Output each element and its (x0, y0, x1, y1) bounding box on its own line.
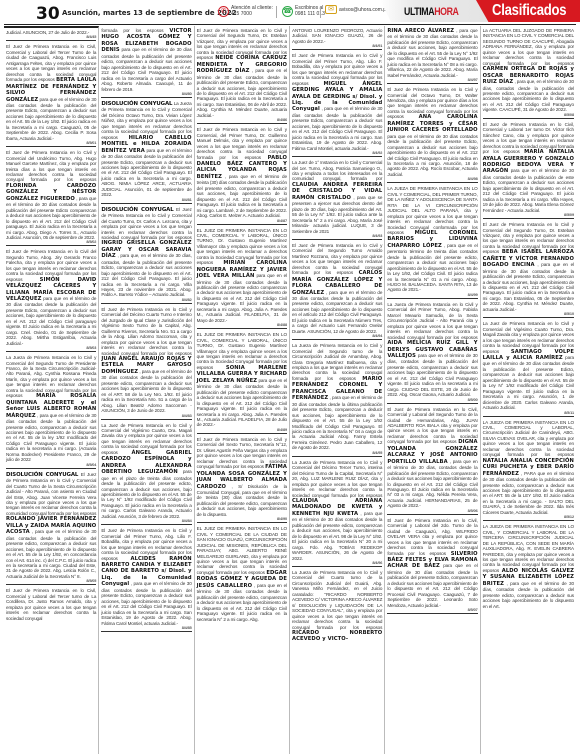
legal-notice: El Juez de Primera Instancia en lo Civil… (6, 42, 96, 147)
legal-notice: El Juez de Primera Instancia en lo Civil… (101, 526, 191, 632)
notice-body-continued: , para que en el término de 30 días cont… (197, 68, 287, 118)
notice-body-continued: , PARA que en el término de 30 días cont… (483, 471, 574, 515)
notice-code: 8/4/94 (292, 334, 382, 338)
notice-code: 8/5/02 (6, 240, 96, 244)
legal-notice: El Juez de Primera Instancia en lo Civil… (6, 247, 96, 352)
notice-code: 8/4/87 (197, 219, 287, 223)
email-contact: ✉ avisos@uhora.com.py (325, 5, 389, 14)
legal-notice: El Juez de Primera Instancia en lo Civil… (387, 516, 477, 614)
legal-notice: El Juez de Primera Instancia en lo Civil… (6, 586, 96, 622)
notice-body-continued: , para que en el término de 30 días, con… (387, 459, 477, 509)
notice-body-continued: , para que en el término de 30 días cont… (292, 106, 382, 150)
notice-body-continued: , para que en el término de 30 días cont… (6, 196, 96, 240)
legal-notice: La Juez de Primera Instancia en lo Civil… (101, 421, 191, 526)
notice-body: LA JUEZA DE PRIMERA INSTANCIA EN LO CIVI… (483, 420, 574, 458)
notice-body: La ACTUARIA DEL JUZGADO DE PRIMERA INSTA… (483, 28, 574, 66)
legal-notice: Judicial. ASUNCION, 27 de Julio de 2022.… (6, 28, 96, 41)
notice-body: El Juez de Primera Instancia en lo Civil… (6, 472, 96, 516)
notice-body: LA JUEZA DE PRIMERA INSTANCIA EN LO CIVI… (483, 524, 574, 573)
notice-body-continued: para que en el término de 30 días contad… (387, 563, 477, 607)
notice-body-continued: , para que en el perentorio término de t… (387, 243, 477, 293)
legal-notice: DISOLUCIÓN CONYUGAL El Juez de Primera I… (6, 470, 96, 586)
notice-code: 8/5/03 (6, 346, 96, 350)
notice-code: 8/5/12 (483, 515, 574, 519)
legal-notice: LA JUEZA DE PRIMERA INSTANCIA EN LO CIVI… (483, 418, 574, 522)
legal-notice: El Juez de Primera Instancia en lo Civil… (197, 435, 287, 523)
publication-date: Asunción, martes 13 de septiembre de 202… (62, 9, 237, 17)
notice-body: formada por los esposos (101, 28, 163, 33)
legal-notice: EL JUEZ DE PRIMERA INSTANCIA EN LO CIVIL… (197, 524, 287, 623)
divider (320, 6, 321, 18)
notice-code: 8/4/90 (197, 517, 287, 521)
notice-code: 8/5/08 (483, 113, 574, 117)
notice-body-continued: , para que en el término de 30 días cont… (387, 28, 477, 78)
legal-notice: El Juez de Primera Instancia en lo Civil… (483, 120, 574, 219)
notice-body-continued: para que en el término de 30 días contad… (197, 378, 287, 428)
notice-body: La Jueza de Primera Instancia en lo Civi… (6, 355, 96, 398)
notice-body: El Juez de Primera Instancia en lo Civil… (101, 307, 191, 356)
notice-body-continued: para que en el plazo de treinta días con… (101, 469, 191, 519)
notice-code: 8/5/10 (483, 312, 574, 316)
notice-code: 8/4/86 (197, 118, 287, 122)
legal-notice: La Jueza de Primera Instancia en lo Civi… (387, 300, 477, 404)
notice-code: 8/4/45 (6, 35, 96, 39)
notice-heading: DISOLUCIÓN CONYUGAL (6, 472, 78, 478)
notice-body-continued: para que en el término de 30 días contad… (387, 134, 477, 177)
notice-body-continued: para que en el término de 30 días contad… (6, 97, 96, 141)
notice-body-continued: para que en el término de 30 días contad… (483, 168, 574, 212)
whatsapp-contact: ☎ Escribinos al 0981 111 013 (282, 5, 325, 17)
notice-body-continued: para que en el término de 30 días contad… (197, 273, 287, 323)
notice-code: 8/5/07 (387, 608, 477, 612)
notice-code: 8/5/01 (6, 141, 96, 145)
legal-notice: LA JUEZA DE PRIMERA INSTANCIA EN LO CIVI… (387, 184, 477, 299)
notice-body-continued: para que en el término de 30 días contad… (101, 148, 191, 198)
notice-body: LA JUEZA DE PRIMERA INSTANCIA EN LO CIVI… (387, 186, 477, 235)
notice-code: 8/5/05 (6, 579, 96, 583)
envelope-icon: ✉ (325, 5, 337, 14)
notice-code: 8/4/91 (292, 44, 382, 48)
notice-body: La Jueza de Primera Instancia en lo Civi… (387, 302, 477, 340)
notice-code: 8/4/89 (197, 428, 287, 432)
brand-band: ULTIMAHORA Clasificados (380, 0, 580, 22)
notice-code: 8/4/81 (101, 198, 191, 202)
legal-notice: La Juez de 1° Instancia en lo Civil y Co… (292, 158, 382, 240)
phone-number: 415 7000 (231, 11, 252, 17)
legal-notice: La Jueza de Primera Instancia en lo Civi… (292, 568, 382, 644)
notice-heading: DISOLUCIÓN CONYUGAL (101, 101, 172, 107)
notice-body: EL JUEZ DE PRIMERA INSTANCIA EN LO CIVIL… (197, 526, 287, 575)
whatsapp-icon: ☎ (282, 6, 293, 17)
legal-notice: El Juez de Primera Instancia en lo Civil… (292, 241, 382, 340)
legal-notice: RINA ARECO ÁLVAREZ , para que en el térm… (387, 26, 477, 84)
notice-body-continued: para que en el término de 30 días contad… (483, 355, 574, 410)
column-1: Judicial. ASUNCION, 27 de Julio de 2022.… (4, 26, 99, 754)
page-number: 30 (36, 4, 60, 24)
notice-body-continued: para que en el término de 30 días contad… (101, 47, 191, 91)
legal-notice: El Juez de Primera Instancia en lo Civil… (6, 148, 96, 246)
notice-code: 8/4/95 (292, 451, 382, 455)
notice-body: ANTONIO LOURENZO PEDROZO, Actuario Judic… (292, 28, 382, 44)
notice-body-continued: , para que en el término de 30 días cont… (483, 262, 574, 312)
notice-code: 8/4/84 (101, 519, 191, 523)
legal-notice: DISOLUCIÓN CONYUGAL La Jueza de Primera … (101, 99, 191, 204)
notice-code: 8/4/96 (292, 561, 382, 565)
notice-code: 8/4/99 (387, 293, 477, 297)
legal-notice: El Juez de Primera Instancia en lo Civil… (101, 305, 191, 420)
notice-body-continued: , para que, en el término de 30 días, co… (101, 253, 191, 297)
newspaper-logo: ULTIMAHORA (404, 6, 459, 18)
column-6: La ACTUARIA DEL JUZGADO DE PRIMERA INSTA… (481, 26, 576, 754)
legal-notice: El Juez de Primera Instancia en lo Civil… (197, 26, 287, 124)
legal-notice: El Juez de Primera Instancia en lo Civil… (292, 51, 382, 157)
notice-code: 8/5/11 (483, 411, 574, 415)
notice-code: 8/4/88 (197, 323, 287, 327)
divider (276, 6, 277, 18)
legal-notice: DISOLUCIÓN CONYUGAL El Juez de Primera I… (101, 205, 191, 304)
notice-heading: DISOLUCIÓN CONYUGAL (101, 207, 173, 213)
notice-body-continued: , para que en el término de 30 días cont… (292, 511, 382, 561)
phone-icon: ✆ (218, 6, 229, 17)
notice-code: 8/5/00 (387, 398, 477, 402)
page-header: 30 Asunción, martes 13 de septiembre de … (0, 0, 580, 22)
notice-body-continued: , para que en el término de 30 días cont… (292, 395, 382, 450)
legal-notice: La Juez de Primera Instancia en lo Civil… (483, 319, 574, 416)
column-4: ANTONIO LOURENZO PEDROZO, Actuario Judic… (290, 26, 385, 754)
spouse-names: RICARDO NORBERTO ACEVEDO y VICTO- (292, 630, 382, 642)
notice-body-continued: , para que en el término de 30 días cont… (197, 583, 287, 622)
notice-code: 8/4/83 (101, 414, 191, 418)
notice-code: 8/4/98 (387, 177, 477, 181)
notice-code: 8/5/04 (6, 463, 96, 467)
notice-code: 8/5/09 (483, 213, 574, 217)
notice-code: 8/4/97 (387, 78, 477, 82)
legal-notice: La ACTUARIA DEL JUZGADO DE PRIMERA INSTA… (483, 26, 574, 119)
legal-notice: La Jueza de Primera Instancia en lo Civi… (292, 341, 382, 457)
notice-body: Judicial. ASUNCION, 27 de Julio de 2022.… (6, 30, 89, 35)
spouse-names: RINA ARECO ÁLVAREZ (387, 28, 454, 34)
notice-body-continued: , para que en el término de 30 días cont… (101, 369, 191, 413)
notice-body: La Jueza de Primera Instancia en lo Civi… (292, 460, 382, 498)
legal-notice: formada por los esposos VICTOR HUGO ACOS… (101, 26, 191, 98)
header-rule (4, 24, 576, 25)
legal-notice: EL JUEZ DE PRIMERA INSTANCIA EN LO CIVIL… (197, 226, 287, 330)
legal-notice: ANTONIO LOURENZO PEDROZO, Actuario Judic… (292, 26, 382, 50)
legal-notice: El Juez de Primera Instancia en lo Civil… (387, 85, 477, 183)
notice-code: 8/4/93 (292, 234, 382, 238)
notice-body: La Juez de 1° Instancia en lo Civil y Co… (292, 160, 382, 181)
column-5: RINA ARECO ÁLVAREZ , para que en el térm… (385, 26, 480, 754)
classifieds-columns: Judicial. ASUNCION, 27 de Julio de 2022.… (4, 26, 576, 754)
legal-notice: EL JUEZ DE PRIMERA INSTANCIA EN LO CIVIL… (197, 330, 287, 434)
notice-code: 8/5/06 (387, 509, 477, 513)
customer-service-contact: ✆ Atención al cliente: 415 7000 (218, 5, 273, 17)
notice-body: La Jueza de Primera Instancia en lo Civi… (292, 570, 382, 630)
legal-notice: LA JUEZA DE PRIMERA INSTANCIA EN LO CIVI… (483, 522, 574, 610)
legal-notice: La Jueza de Primera Instancia en lo Civi… (6, 353, 96, 469)
notice-body: El Juez de Primera Instancia en lo Civil… (6, 150, 96, 182)
legal-notice: El Juez de Primera Instancia en lo Civil… (387, 405, 477, 515)
notice-code: 8/4/92 (292, 151, 382, 155)
section-title: Clasificados (492, 2, 566, 20)
notice-body-continued: , para que en el término de treinta (30)… (197, 174, 287, 218)
column-2: formada por los esposos VICTOR HUGO ACOS… (99, 26, 194, 754)
notice-body-continued: , para que en el término de 30 días cont… (6, 529, 96, 579)
notice-body-continued: , para que se presenten a ejercer sus de… (292, 195, 382, 234)
legal-notice: El Juez de Primera Instancia en lo Civil… (197, 125, 287, 224)
notice-body-continued: , para que en el término de 30 días cont… (101, 581, 191, 625)
notice-code: 8/4/85 (101, 626, 191, 630)
column-3: El Juez de Primera Instancia en lo Civil… (195, 26, 290, 754)
notice-body: El Juez de Primera Instancia en lo Civil… (6, 588, 96, 620)
notice-body-continued: para que en el término de 30 días contad… (6, 296, 96, 346)
notice-body-continued: , para que en el término de 30 días cont… (6, 413, 96, 463)
notice-body-continued: , para que en el término de 30 días cont… (292, 290, 382, 334)
notice-code: 8/4/80 (101, 92, 191, 96)
legal-notice: La Jueza de Primera Instancia en lo Civi… (292, 458, 382, 567)
notice-body-continued: para que en el término de 30 días, conta… (387, 353, 477, 397)
legal-notice: El Juez de Primera Instancia en lo Civil… (483, 220, 574, 318)
notice-code: 8/4/82 (101, 298, 191, 302)
